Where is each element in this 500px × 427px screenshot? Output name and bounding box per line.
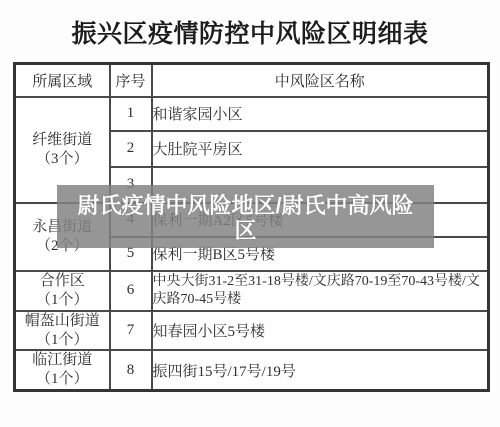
area-name: 合作区 (40, 273, 85, 289)
area-name: 纤维街道 (32, 132, 92, 148)
table-row: 帽盔山街道 （1个） 7 知春园小区5号楼 (15, 311, 489, 351)
name-cell: 和谐家园小区 (152, 97, 489, 131)
seq-cell: 8 (110, 350, 152, 390)
watermark-overlay: 尉氏疫情中风险地区/尉氏中高风险区 (57, 185, 434, 248)
seq-cell: 7 (110, 311, 152, 351)
watermark-text: 尉氏疫情中风险地区/尉氏中高风险区 (67, 193, 424, 243)
header-name: 中风险区名称 (152, 64, 489, 97)
area-count: （1个） (16, 291, 109, 310)
name-cell: 振四街15号/17号/19号 (152, 350, 489, 390)
area-count: （3个） (16, 150, 109, 169)
header-area: 所属区域 (15, 64, 110, 97)
page: 振兴区疫情防控中风险区明细表 所属区域 序号 中风险区名称 纤维街道 （3个） … (0, 0, 500, 427)
table-row: 临江街道 （1个） 8 振四街15号/17号/19号 (15, 350, 489, 390)
area-count: （1个） (16, 331, 109, 350)
table-row: 合作区 （1个） 6 中央大街31-2至31-18号楼/文庆路70-19至70-… (15, 271, 489, 311)
table-header-row: 所属区域 序号 中风险区名称 (15, 64, 489, 97)
area-cell-linjiang: 临江街道 （1个） (15, 350, 110, 390)
page-title: 振兴区疫情防控中风险区明细表 (0, 14, 500, 50)
area-cell-maokuishan: 帽盔山街道 （1个） (15, 311, 110, 351)
area-count: （1个） (16, 370, 109, 389)
name-cell: 中央大街31-2至31-18号楼/文庆路70-19至70-43号楼/文庆路70-… (152, 271, 489, 311)
table-row: 纤维街道 （3个） 1 和谐家园小区 (15, 97, 489, 131)
seq-cell: 6 (110, 271, 152, 311)
header-seq: 序号 (110, 64, 152, 97)
name-cell: 大肚院平房区 (152, 131, 489, 167)
name-cell: 知春园小区5号楼 (152, 311, 489, 351)
seq-cell: 1 (110, 97, 152, 131)
seq-cell: 2 (110, 131, 152, 167)
area-name: 临江街道 (32, 352, 92, 368)
area-name: 帽盔山街道 (25, 313, 100, 329)
area-cell-hezuoqu: 合作区 （1个） (15, 271, 110, 311)
